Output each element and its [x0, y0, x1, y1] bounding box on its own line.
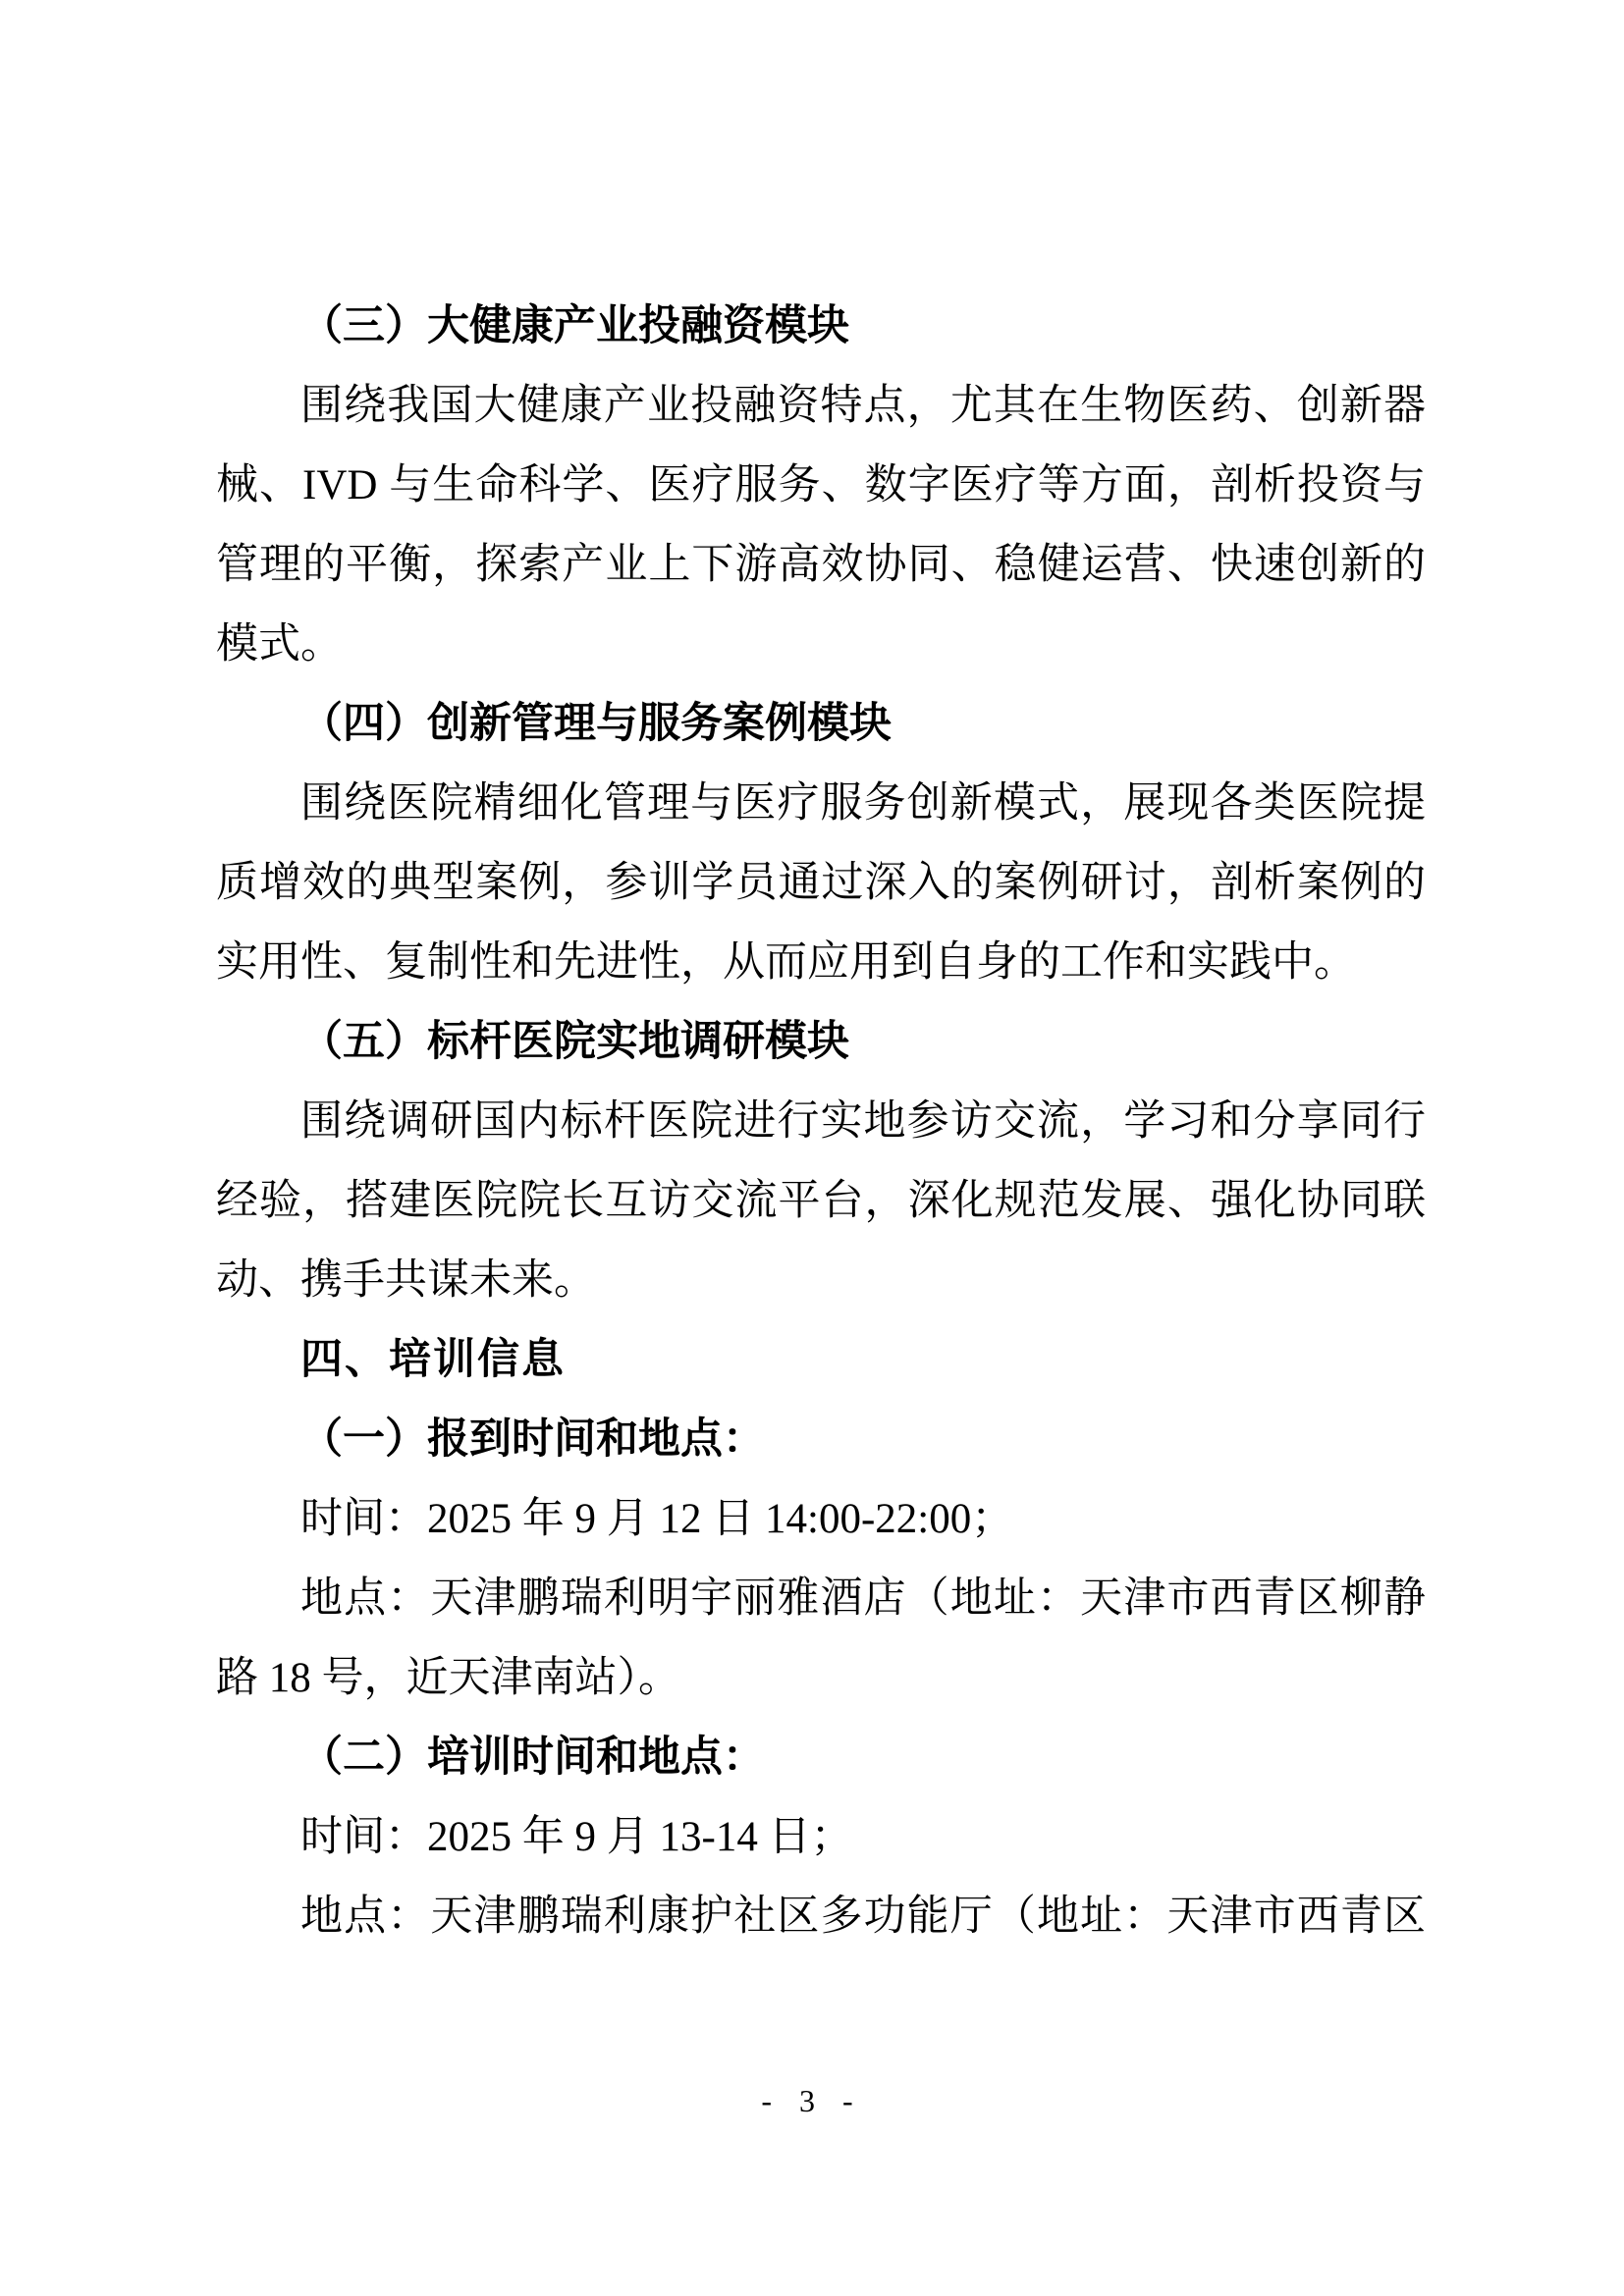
- body-text-line: 经验，搭建医院院长互访交流平台，深化规范发展、强化协同联: [216, 1161, 1426, 1241]
- body-text-line: 质增效的典型案例，参训学员通过深入的案例研讨，剖析案例的: [216, 843, 1426, 923]
- sub-heading-training: （二）培训时间和地点：: [216, 1718, 1426, 1797]
- body-text-line: 械、IVD 与生命科学、医疗服务、数字医疗等方面，剖析投资与: [216, 446, 1426, 525]
- training-location-line: 地点：天津鹏瑞利康护社区多功能厅（地址：天津市西青区: [216, 1877, 1426, 1956]
- document-body: （三）大健康产业投融资模块围绕我国大健康产业投融资特点，尤其在生物医药、创新器械…: [216, 287, 1426, 1956]
- section-heading-4: （四）创新管理与服务案例模块: [216, 684, 1426, 764]
- body-text-line: 管理的平衡，探索产业上下游高效协同、稳健运营、快速创新的: [216, 525, 1426, 605]
- chapter-heading-training-info: 四、培训信息: [216, 1320, 1426, 1400]
- section-heading-5: （五）标杆医院实地调研模块: [216, 1002, 1426, 1082]
- section-heading-3: （三）大健康产业投融资模块: [216, 287, 1426, 366]
- body-text-line: 围绕医院精细化管理与医疗服务创新模式，展现各类医院提: [216, 764, 1426, 843]
- checkin-location-line: 地点：天津鹏瑞利明宇丽雅酒店（地址：天津市西青区柳静: [216, 1559, 1426, 1638]
- body-text-line: 动、携手共谋未来。: [216, 1241, 1426, 1320]
- body-text-line: 围绕调研国内标杆医院进行实地参访交流，学习和分享同行: [216, 1082, 1426, 1161]
- body-text-line: 实用性、复制性和先进性，从而应用到自身的工作和实践中。: [216, 923, 1426, 1002]
- body-text-line: 围绕我国大健康产业投融资特点，尤其在生物医药、创新器: [216, 366, 1426, 446]
- training-time-line: 时间：2025 年 9 月 13-14 日；: [216, 1797, 1426, 1877]
- sub-heading-checkin: （一）报到时间和地点：: [216, 1400, 1426, 1479]
- body-text-line: 模式。: [216, 605, 1426, 684]
- checkin-time-line: 时间：2025 年 9 月 12 日 14:00-22:00；: [216, 1479, 1426, 1559]
- document-page: （三）大健康产业投融资模块围绕我国大健康产业投融资特点，尤其在生物医药、创新器械…: [0, 0, 1624, 2296]
- page-number: - 3 -: [0, 2067, 1624, 2134]
- checkin-location-line: 路 18 号，近天津南站）。: [216, 1638, 1426, 1718]
